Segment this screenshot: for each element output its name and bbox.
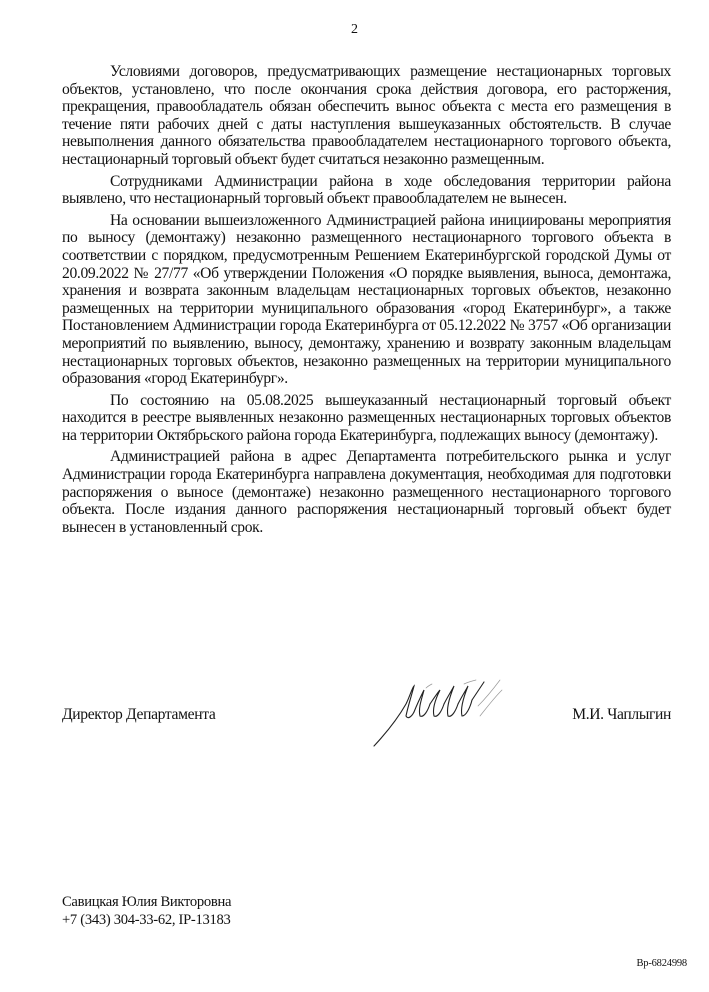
page-number: 2	[0, 22, 709, 38]
signature-icon	[368, 676, 518, 748]
paragraph: На основании вышеизложенного Администрац…	[62, 212, 671, 388]
executor-name: Савицкая Юлия Викторовна	[62, 893, 231, 911]
paragraph: Сотрудниками Администрации района в ходе…	[62, 173, 671, 208]
document-reference: Вр-6824998	[636, 958, 687, 969]
signatory-name: М.И. Чаплыгин	[572, 706, 671, 724]
signature-row: Директор Департамента М.И. Чаплыгин	[62, 706, 671, 726]
executor-contact: +7 (343) 304-33-62, IP-13183	[62, 911, 231, 929]
signatory-title: Директор Департамента	[62, 706, 215, 724]
paragraph: Условиями договоров, предусматривающих р…	[62, 63, 671, 169]
paragraph: Администрацией района в адрес Департамен…	[62, 448, 671, 536]
executor-info: Савицкая Юлия Викторовна +7 (343) 304-33…	[62, 893, 231, 929]
letter-body: Условиями договоров, предусматривающих р…	[62, 63, 671, 536]
paragraph: По состоянию на 05.08.2025 вышеуказанный…	[62, 392, 671, 445]
